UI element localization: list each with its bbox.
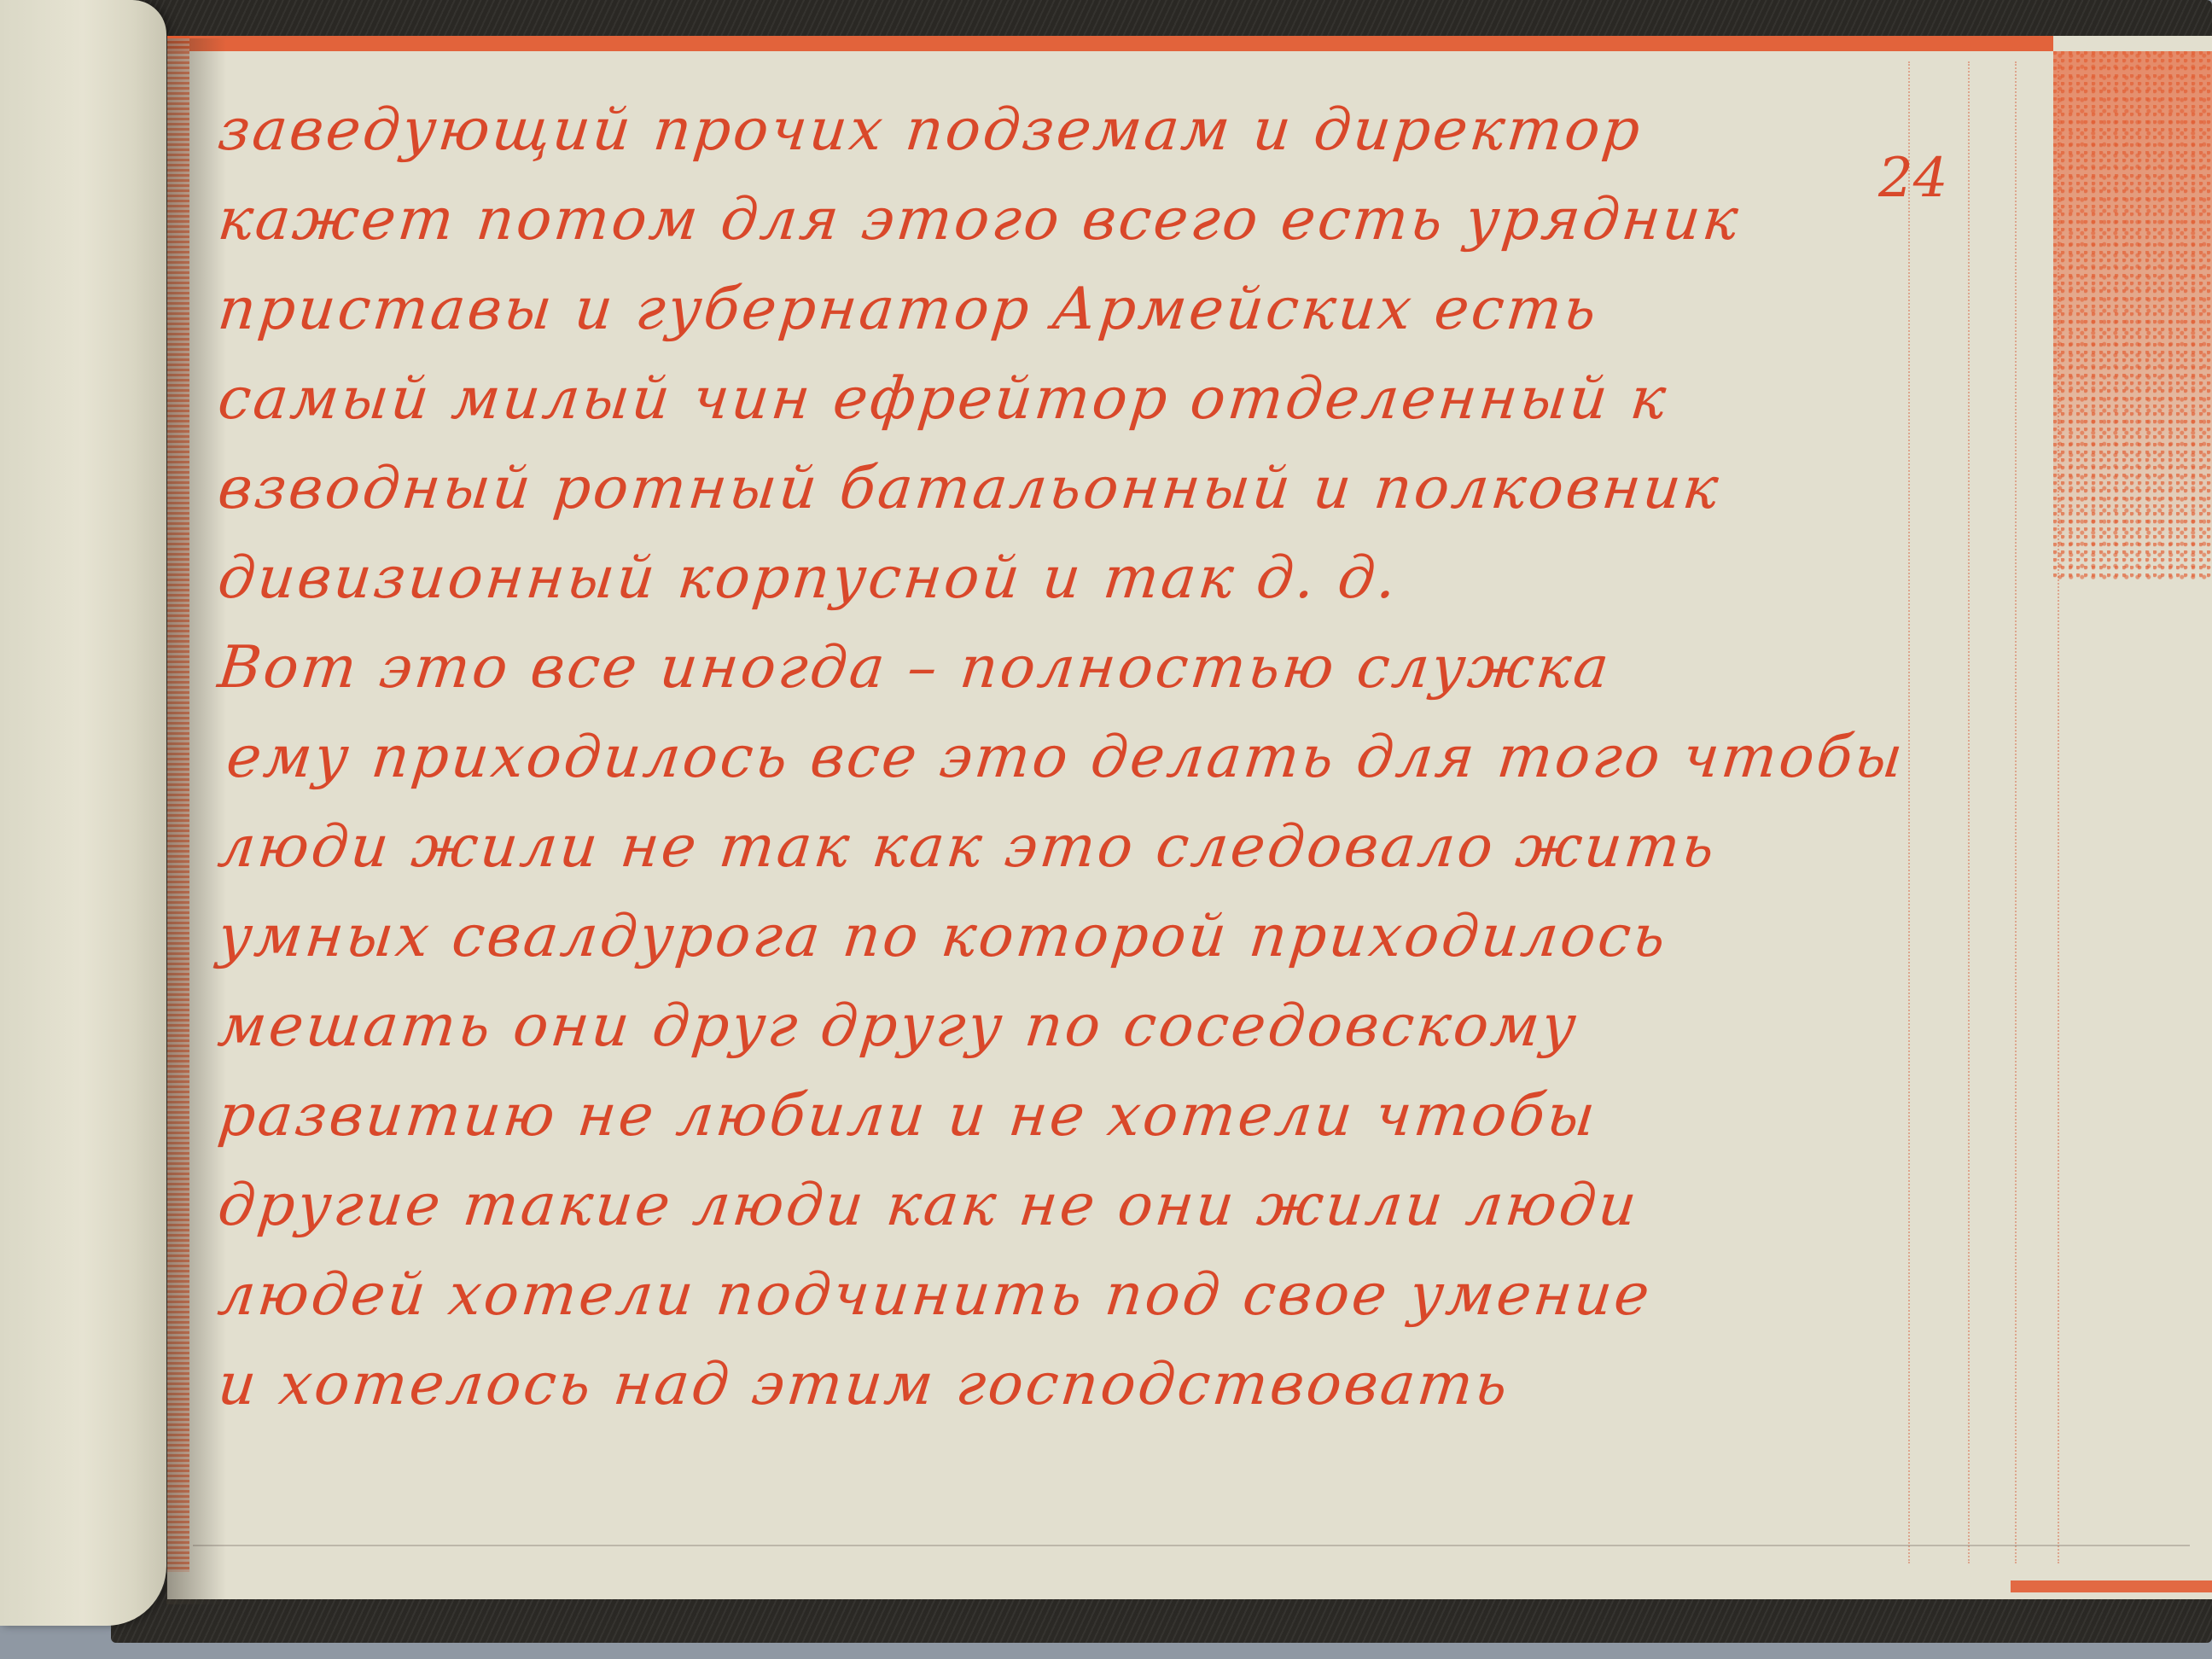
text-line: людей хотели подчинить под свое умение bbox=[213, 1250, 2040, 1340]
handwritten-page: 24 заведующий прочих подземам и директор… bbox=[167, 36, 2212, 1599]
text-line: заведующий прочих подземам и директор bbox=[213, 85, 2040, 175]
text-line: дивизионный корпусной и так д. д. bbox=[213, 533, 2040, 623]
text-line: развитию не любили и не хотели чтобы bbox=[213, 1071, 2040, 1161]
left-page-stack bbox=[0, 0, 166, 1626]
page-left-ink-band bbox=[167, 36, 189, 1572]
bottom-rule bbox=[193, 1545, 2190, 1546]
text-line: самый милый чин ефрейтор отделенный к bbox=[213, 354, 2040, 444]
text-line: взводный ротный батальонный и полковник bbox=[213, 444, 2040, 533]
text-line: приставы и губернатор Армейских есть bbox=[213, 265, 2040, 354]
text-line: люди жили не так как это следовало жить bbox=[213, 802, 2040, 892]
ink-speckle-area bbox=[2053, 51, 2212, 580]
text-line: и хотелось над этим господствовать bbox=[213, 1340, 2040, 1429]
page-top-ink-band bbox=[167, 36, 2053, 51]
text-line: мешать они друг другу по соседовскому bbox=[213, 981, 2040, 1071]
handwritten-text: заведующий прочих подземам и директор ка… bbox=[218, 85, 2036, 1429]
text-line: умных свалдурога по которой приходилось bbox=[213, 892, 2040, 981]
photo-scene: 24 заведующий прочих подземам и директор… bbox=[0, 0, 2212, 1659]
page-bottom-ink-band bbox=[2011, 1580, 2212, 1592]
text-line: Вот это все иногда – полностью служка bbox=[213, 623, 2040, 713]
text-line: ему приходилось все это делать для того … bbox=[213, 713, 2040, 802]
text-line: кажет потом для этого всего есть урядник bbox=[213, 175, 2040, 265]
text-line: другие такие люди как не они жили люди bbox=[213, 1161, 2040, 1250]
ruled-line bbox=[2058, 61, 2059, 1563]
